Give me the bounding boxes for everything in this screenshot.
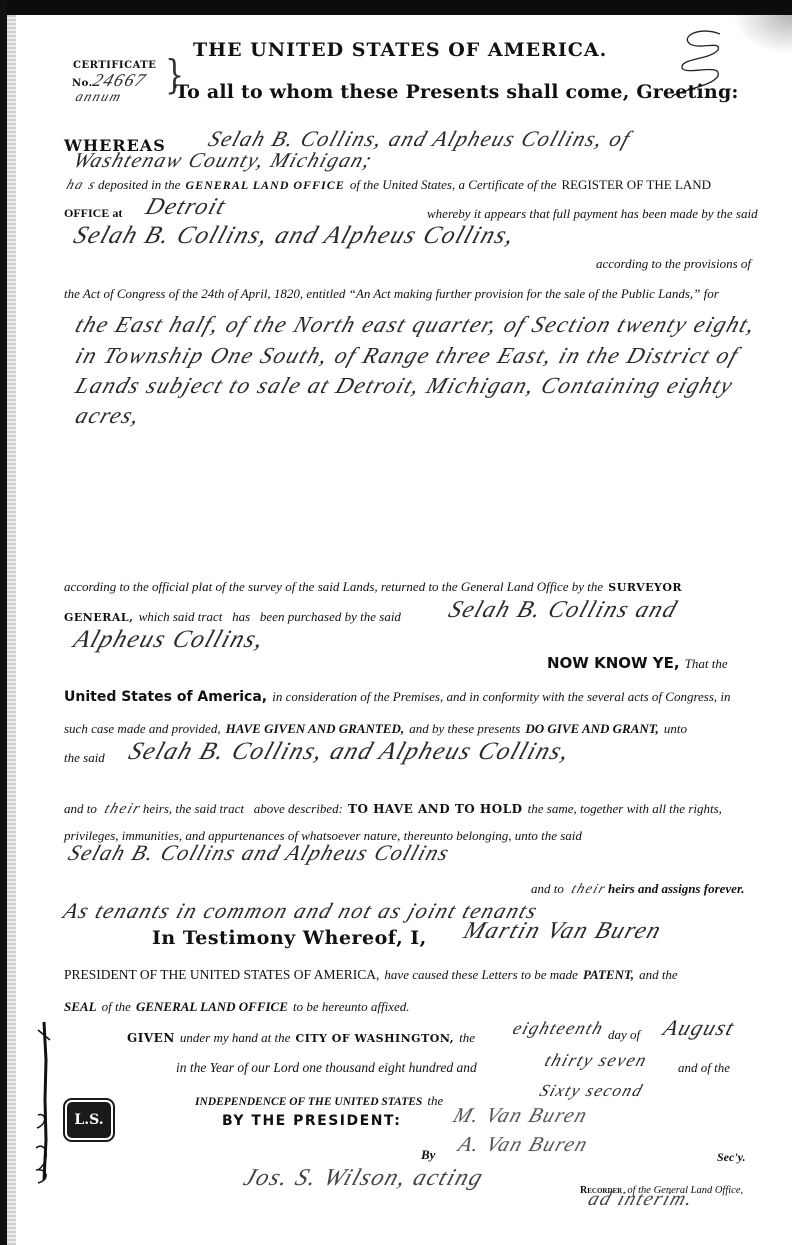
president-signature-line: Martin Van Buren (460, 918, 665, 945)
margin-number-handwritten (28, 1020, 58, 1185)
such-case-text: such case made and provided, (64, 721, 221, 736)
document-title: THE UNITED STATES OF AMERICA. (193, 39, 607, 61)
under-hand-text: under my hand at the (180, 1030, 290, 1045)
general-line: GENERAL, which said tract has been purch… (64, 606, 401, 625)
certificate-no-label: No. (72, 78, 93, 89)
land-description-line-2: in Township One South, of Range three Ea… (72, 343, 742, 369)
and-by-text: and by these presents (409, 721, 520, 736)
now-know-ye-line: NOW KNOW YE, That the (547, 653, 728, 672)
have-given-label: HAVE GIVEN AND GRANTED, (226, 721, 404, 736)
purchased-text: which said tract has been purchased by t… (139, 609, 401, 624)
general-label: GENERAL, (64, 611, 133, 624)
independence-line: INDEPENDENCE OF THE UNITED STATES the (195, 1090, 443, 1109)
their-2-handwritten: their (569, 882, 608, 898)
month-handwritten: August (660, 1015, 739, 1041)
president-label: PRESIDENT OF THE UNITED STATES OF AMERIC… (64, 967, 379, 982)
usa-consideration-line: United States of America, in considerati… (64, 686, 731, 705)
purchasers-names-b: Alpheus Collins, (70, 626, 268, 654)
president-signature: M. Van Buren (450, 1103, 591, 1128)
president-line: PRESIDENT OF THE UNITED STATES OF AMERIC… (64, 964, 678, 983)
the-said-label: the said (64, 750, 105, 766)
rights-text: the same, together with all the rights, (528, 801, 722, 816)
office-at-label: OFFICE at (64, 206, 122, 221)
land-patent-document: THE UNITED STATES OF AMERICA. CERTIFICAT… (0, 0, 792, 1245)
and-to-text: and to (64, 801, 97, 816)
assigns-line: and to their heirs and assigns forever. (531, 878, 745, 898)
certificate-number: 24667 (90, 70, 149, 91)
deposit-text-b: of the United States, a Certificate of t… (350, 177, 557, 192)
by-the-president-label: BY THE PRESIDENT: (222, 1113, 401, 1129)
heirs-tract-text: heirs, the said tract above described: (143, 801, 343, 816)
day-handwritten: eighteenth (510, 1018, 607, 1039)
certificate-note: annum (73, 90, 124, 106)
grantees-names-2: Selah B. Collins and Alpheus Collins (65, 840, 453, 866)
grantees-line-2: Washtenaw County, Michigan; (70, 148, 376, 173)
grantees-names: Selah B. Collins, and Alpheus Collins, (125, 738, 574, 766)
year-text: in the Year of our Lord one thousand eig… (176, 1060, 477, 1076)
patent-label: PATENT, (583, 967, 634, 982)
ls-seal-badge: L.S. (65, 1100, 113, 1140)
city-label: CITY OF WASHINGTON, (295, 1032, 454, 1045)
usa-label: United States of America, (64, 689, 267, 705)
plat-text: according to the official plat of the su… (64, 579, 603, 594)
land-description-line-3: Lands subject to sale at Detroit, Michig… (72, 373, 737, 399)
general-land-office-label: GENERAL LAND OFFICE (185, 178, 344, 192)
surveyor-label: SURVEYOR (608, 581, 682, 594)
has-handwritten: ha s (64, 178, 98, 194)
independence-label: INDEPENDENCE OF THE UNITED STATES (195, 1096, 422, 1108)
habendum-line: and to their heirs, the said tract above… (64, 798, 722, 818)
register-label: REGISTER OF THE LAND (561, 177, 711, 192)
seal-line: SEAL of the GENERAL LAND OFFICE to be he… (64, 996, 409, 1015)
seal-of-the-text: of the (102, 999, 131, 1014)
and-to-2-text: and to (531, 881, 564, 896)
greeting-line: To all to whom these Presents shall come… (175, 81, 739, 103)
habendum-label: TO HAVE AND TO HOLD (348, 802, 523, 816)
now-know-ye-label: NOW KNOW YE, (547, 654, 680, 672)
payers-names: Selah B. Collins, and Alpheus Collins, (70, 222, 519, 250)
recorder-signature: Jos. S. Wilson, acting (240, 1165, 487, 1192)
office-location: Detroit (142, 194, 230, 221)
independence-year-handwritten: Sixty second (537, 1081, 646, 1101)
deposit-line: ha s deposited in the GENERAL LAND OFFIC… (64, 174, 711, 194)
testimony-heading: In Testimony Whereof, I, (152, 927, 427, 949)
and-the-text: and the (639, 967, 678, 982)
caused-text: have caused these Letters to be made (384, 967, 578, 982)
do-give-label: DO GIVE AND GRANT, (525, 721, 658, 736)
assigns-text: heirs and assigns forever. (608, 881, 745, 896)
that-the-text: That the (685, 656, 728, 671)
ad-interim-handwritten: ad interim. (585, 1188, 697, 1211)
according-text: according to the provisions of (596, 256, 751, 272)
unto-text: unto (664, 721, 687, 736)
whereby-text: whereby it appears that full payment has… (427, 206, 758, 222)
by-label: By (421, 1147, 435, 1163)
land-description-line-1: the East half, of the North east quarter… (72, 312, 760, 338)
year-handwritten: thirty seven (542, 1050, 650, 1071)
secretary-label: Sec'y. (717, 1150, 746, 1165)
secretary-signature: A. Van Buren (455, 1132, 592, 1157)
plat-line: according to the official plat of the su… (64, 576, 682, 595)
the-2-text: the (427, 1093, 443, 1108)
consideration-text: in consideration of the Premises, and in… (272, 689, 730, 704)
purchasers-names-a: Selah B. Collins and (445, 597, 681, 624)
given-label: GIVEN (127, 1031, 175, 1045)
land-description-line-4: acres, (72, 403, 144, 429)
seal-glo-label: GENERAL LAND OFFICE (136, 999, 288, 1014)
act-of-congress-text: the Act of Congress of the 24th of April… (64, 286, 719, 302)
affixed-text: to be hereunto affixed. (293, 999, 410, 1014)
given-line: GIVEN under my hand at the CITY OF WASHI… (127, 1027, 475, 1046)
grant-line: such case made and provided, HAVE GIVEN … (64, 718, 687, 737)
the-text: the (459, 1030, 475, 1045)
deposit-text-a: deposited in the (98, 177, 180, 192)
seal-label: SEAL (64, 999, 97, 1014)
day-of-text: day of (608, 1027, 640, 1043)
and-of-the-text: and of the (678, 1060, 730, 1076)
their-handwritten: their (102, 801, 143, 818)
